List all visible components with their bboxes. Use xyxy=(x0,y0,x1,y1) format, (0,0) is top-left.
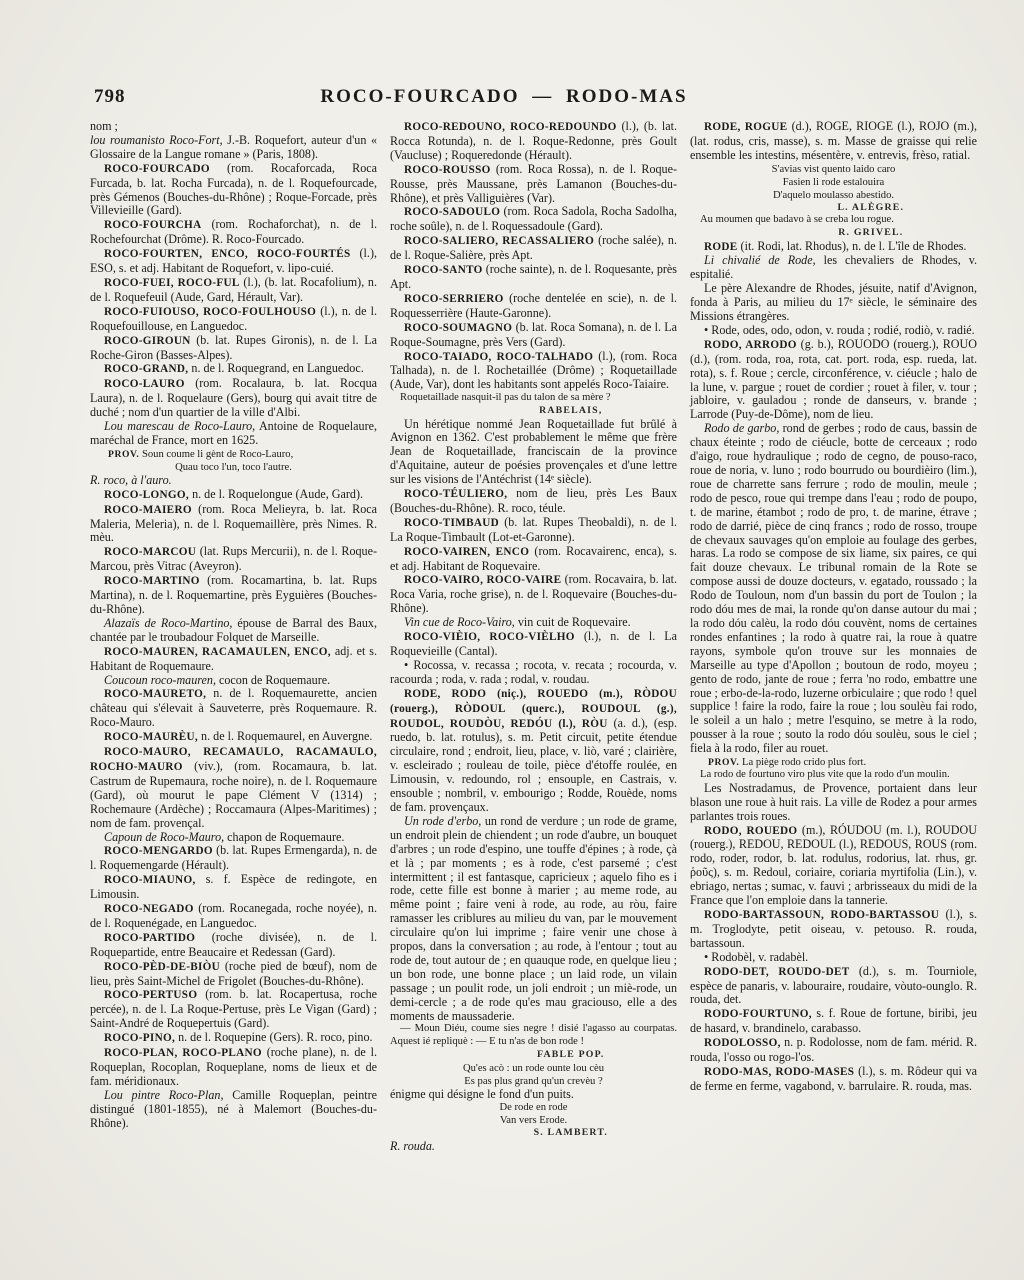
dictionary-entry: ROCO-SALIERO, RECASSALIERO (roche salée)… xyxy=(390,234,677,263)
paragraph: Rodo de garbo, rond de gerbes ; rodo de … xyxy=(690,422,977,756)
dictionary-entry: ROCO-SERRIERO (roche dentelée en scie), … xyxy=(390,292,677,321)
dictionary-entry: ROCO-PERTUSO (rom. b. lat. Rocapertusa, … xyxy=(90,988,377,1031)
paragraph: Coucoun roco-mauren, cocon de Roquemaure… xyxy=(90,674,377,688)
dictionary-entry: RODOLOSSO, n. p. Rodolosse, nom de fam. … xyxy=(690,1036,977,1065)
dictionary-entry: ROCO-TAIADO, ROCO-TALHADO (l.), (rom. Ro… xyxy=(390,350,677,393)
dictionary-entry: ROCO-PARTIDO (roche divisée), n. de l. R… xyxy=(90,931,377,960)
paragraph: Un rode d'erbo, un rond de verdure ; un … xyxy=(390,815,677,1024)
paragraph: Au moumen que badavo à se creba lou rogu… xyxy=(690,214,977,227)
running-title: ROCO-FOURCADO — RODO-MAS xyxy=(90,86,918,108)
paragraph: L. ALÈGRE. xyxy=(690,202,977,215)
paragraph: Lou pintre Roco-Plan, Camille Roqueplan,… xyxy=(90,1089,377,1131)
paragraph: Vin cue de Roco-Vairo, vin cuit de Roque… xyxy=(390,616,677,630)
dictionary-entry: ROCO-PLAN, ROCO-PLANO (roche plane), n. … xyxy=(90,1046,377,1089)
column-2: ROCO-REDOUNO, ROCO-REDOUNDO (l.), (b. la… xyxy=(390,120,677,1154)
dictionary-entry: ROCO-GRAND, n. de l. Roquegrand, en Lang… xyxy=(90,362,377,377)
paragraph: • Rode, odes, odo, odon, v. rouda ; rodi… xyxy=(690,324,977,338)
dictionary-entry: RODO-MAS, RODO-MASES (l.), s. m. Rôdeur … xyxy=(690,1065,977,1094)
paragraph: S'avias vist quento laido caro xyxy=(690,163,977,176)
paragraph: R. GRIVEL. xyxy=(690,227,977,240)
paragraph: lou roumanisto Roco-Fort, J.-B. Roquefor… xyxy=(90,134,377,162)
text-columns: nom ; lou roumanisto Roco-Fort, J.-B. Ro… xyxy=(90,120,978,1154)
paragraph: Qu'es acò : un rode ounte lou cèu xyxy=(390,1062,677,1075)
dictionary-entry: ROCO-REDOUNO, ROCO-REDOUNDO (l.), (b. la… xyxy=(390,120,677,163)
dictionary-entry: ROCO-FUIOUSO, ROCO-FOULHOUSO (l.), n. de… xyxy=(90,305,377,334)
dictionary-entry: ROCO-MARCOU (lat. Rups Mercurii), n. de … xyxy=(90,545,377,574)
dictionary-entry: RODO-BARTASSOUN, RODO-BARTASSOU (l.), s.… xyxy=(690,908,977,951)
paragraph: Li chivalié de Rode, les chevaliers de R… xyxy=(690,254,977,282)
dictionary-entry: ROCO-MARTINO (rom. Rocamartina, b. lat. … xyxy=(90,574,377,617)
dictionary-entry: RODO, ARRODO (g. b.), ROUODO (rouerg.), … xyxy=(690,338,977,422)
dictionary-entry: ROCO-LAURO (rom. Rocalaura, b. lat. Rocq… xyxy=(90,377,377,420)
paragraph: — Moun Diéu, coume sies negre ! disié l'… xyxy=(390,1023,677,1049)
paragraph: PROV. La piège rodo crido plus fort. xyxy=(690,756,977,769)
paragraph: De rode en rode xyxy=(390,1101,677,1114)
paragraph: • Rodobèl, v. radabèl. xyxy=(690,951,977,965)
dictionary-entry: ROCO-LONGO, n. de l. Roquelongue (Aude, … xyxy=(90,488,377,503)
paragraph: Roquetaillade nasquit-il pas du talon de… xyxy=(390,392,677,405)
paragraph: Capoun de Roco-Mauro, chapon de Roquemau… xyxy=(90,831,377,845)
paragraph: La rodo de fourtuno viro plus vite que l… xyxy=(690,769,977,782)
paragraph: PROV. Soun coume li gènt de Roco-Lauro, xyxy=(90,448,377,461)
paragraph: énigme qui désigne le fond d'un puits. xyxy=(390,1088,677,1102)
paragraph: R. rouda. xyxy=(390,1140,677,1154)
paragraph: • Rocossa, v. recassa ; rocota, v. recat… xyxy=(390,659,677,687)
paragraph: Le père Alexandre de Rhodes, jésuite, na… xyxy=(690,282,977,324)
paragraph: Fasien li rode estalouira xyxy=(690,176,977,189)
dictionary-entry: ROCO-SOUMAGNO (b. lat. Roca Somana), n. … xyxy=(390,321,677,350)
dictionary-entry: ROCO-VAIRO, ROCO-VAIRE (rom. Rocavaira, … xyxy=(390,573,677,616)
dictionary-entry: ROCO-FOURCADO (rom. Rocaforcada, Roca Fu… xyxy=(90,162,377,219)
paragraph: nom ; xyxy=(90,120,377,134)
paragraph: RABELAIS, xyxy=(390,405,677,418)
dictionary-entry: ROCO-SADOULO (rom. Roca Sadola, Rocha Sa… xyxy=(390,205,677,234)
dictionary-entry: ROCO-FOURCHA (rom. Rochaforchat), n. de … xyxy=(90,218,377,247)
paragraph: FABLE POP. xyxy=(390,1049,677,1062)
dictionary-entry: ROCO-NEGADO (rom. Rocanegada, roche noyé… xyxy=(90,902,377,931)
dictionary-entry: ROCO-TÉULIERO, nom de lieu, près Les Bau… xyxy=(390,487,677,516)
column-3: RODE, ROGUE (d.), ROGE, RIOGE (l.), ROJO… xyxy=(690,120,977,1154)
dictionary-entry: RODE (it. Rodi, lat. Rhodus), n. de l. L… xyxy=(690,240,977,255)
dictionary-entry: ROCO-PINO, n. de l. Roquepine (Gers). R.… xyxy=(90,1031,377,1046)
dictionary-entry: RODE, ROGUE (d.), ROGE, RIOGE (l.), ROJO… xyxy=(690,120,977,163)
dictionary-entry: ROCO-MAUREN, RACAMAULEN, ENCO, adj. et s… xyxy=(90,645,377,674)
dictionary-entry: ROCO-PÈD-DE-BIÒU (roche pied de bœuf), n… xyxy=(90,960,377,989)
dictionary-entry: ROCO-MAURO, RECAMAULO, RACAMAULO, ROCHO-… xyxy=(90,745,377,830)
dictionary-entry: ROCO-VAIREN, ENCO (rom. Rocavairenc, enc… xyxy=(390,545,677,574)
paragraph: Les Nostradamus, de Provence, portaient … xyxy=(690,782,977,824)
column-1: nom ; lou roumanisto Roco-Fort, J.-B. Ro… xyxy=(90,120,377,1154)
paragraph: Lou marescau de Roco-Lauro, Antoine de R… xyxy=(90,420,377,448)
dictionary-entry: ROCO-SANTO (roche sainte), n. de l. Roqu… xyxy=(390,263,677,292)
dictionary-entry: ROCO-FOURTEN, ENCO, ROCO-FOURTÉS (l.), E… xyxy=(90,247,377,276)
dictionary-entry: RODE, RODO (niç.), ROUEDO (m.), RÒDOU (r… xyxy=(390,687,677,815)
dictionary-entry: ROCO-ROUSSO (rom. Roca Rossa), n. de l. … xyxy=(390,163,677,206)
dictionary-entry: RODO, ROUEDO (m.), RÓUDOU (m. l.), ROUDO… xyxy=(690,824,977,908)
paragraph: D'aquelo moulasso abestido. xyxy=(690,189,977,202)
dictionary-page-scan: 798 ROCO-FOURCADO — RODO-MAS nom ; lou r… xyxy=(0,0,1024,1280)
dictionary-entry: ROCO-GIROUN (b. lat. Rupes Gironis), n. … xyxy=(90,334,377,363)
paragraph: Es pas plus grand qu'un crevèu ? xyxy=(390,1075,677,1088)
paragraph: R. roco, à l'auro. xyxy=(90,474,377,488)
dictionary-entry: ROCO-MAURÈU, n. de l. Roquemaurel, en Au… xyxy=(90,730,377,745)
dictionary-entry: RODO-FOURTUNO, s. f. Roue de fortune, bi… xyxy=(690,1007,977,1036)
dictionary-entry: ROCO-MAIERO (rom. Roca Melieyra, b. lat.… xyxy=(90,503,377,546)
dictionary-entry: ROCO-VIÈIO, ROCO-VIÈLHO (l.), n. de l. L… xyxy=(390,630,677,659)
dictionary-entry: ROCO-TIMBAUD (b. lat. Rupes Theobaldi), … xyxy=(390,516,677,545)
paragraph: Un hérétique nommé Jean Roquetaillade fu… xyxy=(390,418,677,488)
paragraph: Alazaïs de Roco-Martino, épouse de Barra… xyxy=(90,617,377,645)
dictionary-entry: ROCO-MIAUNO, s. f. Espèce de redingote, … xyxy=(90,873,377,902)
dictionary-entry: ROCO-FUEI, ROCO-FUL (l.), (b. lat. Rocaf… xyxy=(90,276,377,305)
page-header: 798 ROCO-FOURCADO — RODO-MAS xyxy=(90,86,978,116)
dictionary-entry: ROCO-MAURETO, n. de l. Roquemaurette, an… xyxy=(90,687,377,730)
dictionary-entry: RODO-DET, ROUDO-DET (d.), s. m. Tourniol… xyxy=(690,965,977,1008)
paragraph: Van vers Erode. xyxy=(390,1114,677,1127)
dictionary-entry: ROCO-MENGARDO (b. lat. Rupes Ermengarda)… xyxy=(90,844,377,873)
